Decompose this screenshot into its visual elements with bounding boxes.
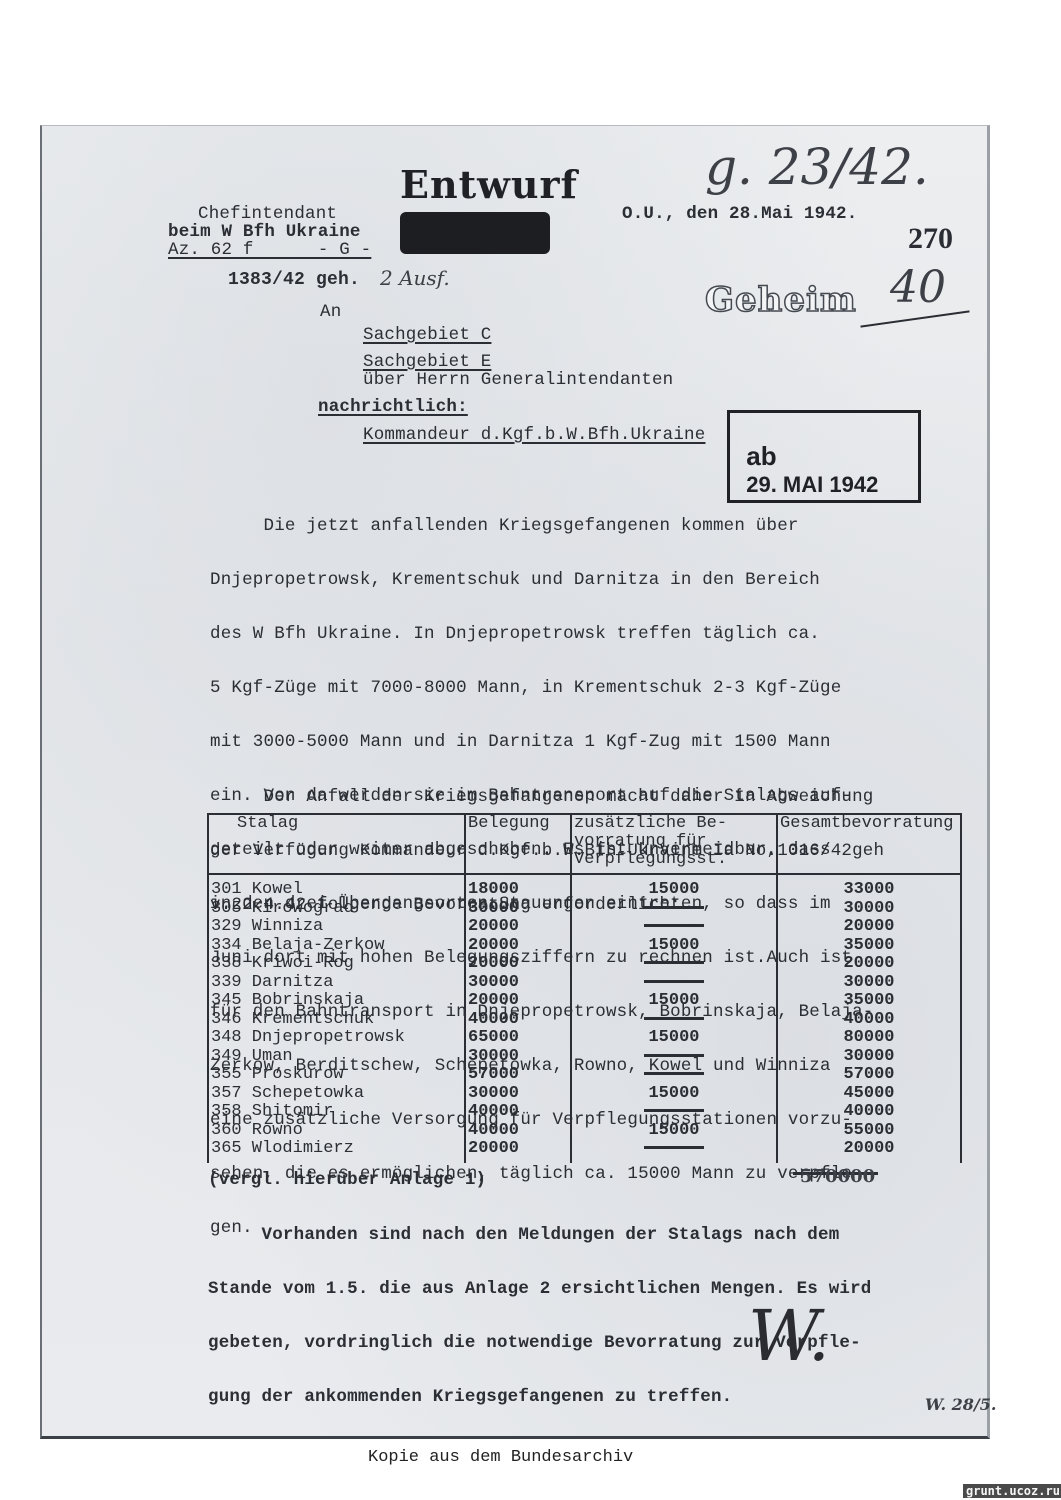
cell-zusaetzlich (571, 918, 777, 937)
cell-gesamt: 30000 (777, 1048, 961, 1067)
table-row: 329 Winniza2000020000 (208, 918, 961, 937)
handwritten-total: 570000 (800, 1166, 875, 1187)
cell-zusaetzlich (571, 1103, 777, 1122)
cell-belegung: 40000 (465, 1103, 571, 1122)
reference-number: 1383/42 geh. (228, 270, 360, 290)
cell-belegung: 20000 (465, 1140, 571, 1163)
cell-belegung: 30000 (465, 900, 571, 919)
cell-stalag: 349 Uman (208, 1048, 465, 1067)
none-dash (644, 1072, 704, 1075)
cell-belegung: 30000 (465, 1048, 571, 1067)
cell-belegung: 30000 (465, 1085, 571, 1104)
cell-zusaetzlich (571, 1011, 777, 1030)
cell-gesamt: 33000 (777, 874, 961, 900)
p2-line: Der Anfall der Kriegsgefangenen macht da… (210, 788, 884, 806)
cell-gesamt: 45000 (777, 1085, 961, 1104)
cell-gesamt: 30000 (777, 974, 961, 993)
p1-line: des W Bfh Ukraine. In Dnjepropetrowsk tr… (210, 625, 874, 643)
handwritten-40: 40 (890, 262, 946, 313)
cell-belegung: 18000 (465, 874, 571, 900)
p1-line: Dnjepropetrowsk, Krementschuk und Darnit… (210, 571, 874, 589)
site-watermark: grunt.ucoz.ru (963, 1484, 1061, 1498)
cell-stalag: 301 Kowel (208, 874, 465, 900)
table-row: 360 Rowno400001500055000 (208, 1122, 961, 1141)
cell-stalag: 346 Krementschuk (208, 1011, 465, 1030)
sender-file-ref: Az. 62 f - G - (168, 240, 371, 260)
cell-belegung: 20000 (465, 918, 571, 937)
sender-line-2: beim W Bfh Ukraine (168, 222, 361, 242)
cell-belegung: 57000 (465, 1066, 571, 1085)
cell-zusaetzlich: 15000 (571, 874, 777, 900)
archive-caption: Kopie aus dem Bundesarchiv (368, 1448, 633, 1467)
addressee-to: An (320, 302, 341, 322)
cell-belegung: 65000 (465, 1029, 571, 1048)
cell-stalag: 360 Rowno (208, 1122, 465, 1141)
table-row: 305 Kirowograd3000030000 (208, 900, 961, 919)
dispatch-prefix: ab (746, 441, 776, 471)
none-dash (644, 924, 704, 927)
cell-belegung: 20000 (465, 937, 571, 956)
cell-gesamt: 40000 (777, 1011, 961, 1030)
cell-gesamt: 20000 (777, 1140, 961, 1163)
cell-zusaetzlich: 15000 (571, 1085, 777, 1104)
cell-stalag: 348 Dnjepropetrowsk (208, 1029, 465, 1048)
table-row: 339 Darnitza3000030000 (208, 974, 961, 993)
none-dash (644, 1146, 704, 1149)
draft-stamp: Entwurf (400, 162, 578, 207)
cell-gesamt: 20000 (777, 955, 961, 974)
cell-stalag: 357 Schepetowka (208, 1085, 465, 1104)
cc-label: nachrichtlich: (318, 397, 468, 417)
cell-stalag: 365 Wlodimierz (208, 1140, 465, 1163)
place-date: O.U., den 28.Mai 1942. (622, 204, 857, 224)
table-row: 357 Schepetowka300001500045000 (208, 1085, 961, 1104)
table-row: 365 Wlodimierz2000020000 (208, 1140, 961, 1163)
cell-zusaetzlich: 15000 (571, 1029, 777, 1048)
p3-line: Vorhanden sind nach den Meldungen der St… (208, 1226, 872, 1244)
cell-stalag: 329 Winniza (208, 918, 465, 937)
cell-zusaetzlich: 15000 (571, 937, 777, 956)
table-row: 349 Uman3000030000 (208, 1048, 961, 1067)
redacted-stamp (400, 212, 550, 254)
table-row: 355 Proskurow5700057000 (208, 1066, 961, 1085)
p1-line: mit 3000-5000 Mann und in Darnitza 1 Kgf… (210, 733, 874, 751)
cell-zusaetzlich (571, 900, 777, 919)
cell-stalag: 345 Bobrinskaja (208, 992, 465, 1011)
cell-gesamt: 30000 (777, 900, 961, 919)
signature: W. (748, 1295, 830, 1377)
secret-stamp: Geheim (705, 280, 857, 320)
none-dash (644, 1054, 704, 1057)
header-belegung: Belegung (465, 814, 571, 874)
cell-belegung: 20000 (465, 992, 571, 1011)
p1-line: 5 Kgf-Züge mit 7000-8000 Mann, in Kremen… (210, 679, 874, 697)
none-dash (644, 1109, 704, 1112)
table-row: 346 Krementschuk4000040000 (208, 1011, 961, 1030)
cell-gesamt: 57000 (777, 1066, 961, 1085)
cell-gesamt: 35000 (777, 937, 961, 956)
reference-handwritten: 2 Ausf. (380, 266, 450, 290)
none-dash (644, 1017, 704, 1020)
header-stalag: Stalag (208, 814, 465, 874)
cell-stalag: 358 Shitomir (208, 1103, 465, 1122)
cc-recipient: Kommandeur d.Kgf.b.W.Bfh.Ukraine (363, 425, 705, 445)
cell-zusaetzlich (571, 974, 777, 993)
cell-stalag: 339 Darnitza (208, 974, 465, 993)
cell-gesamt: 20000 (777, 918, 961, 937)
corner-initials: W. 28/5. (925, 1395, 996, 1414)
cell-stalag: 338 Kriwoi-Rog (208, 955, 465, 974)
table-row: 334 Belaja-Zerkow200001500035000 (208, 937, 961, 956)
table-header-row: Stalag Belegung zusätzliche Be- vorratun… (208, 814, 961, 874)
header-zusaetzlich: zusätzliche Be- vorratung für Verpflegun… (571, 814, 777, 874)
cell-gesamt: 80000 (777, 1029, 961, 1048)
cell-belegung: 30000 (465, 974, 571, 993)
none-dash (644, 961, 704, 964)
annex-note: (vergl. hierüber Anlage 1) (208, 1170, 486, 1190)
header-gesamt: Gesamtbevorratung (777, 814, 961, 874)
cell-zusaetzlich (571, 1048, 777, 1067)
cell-belegung: 40000 (465, 1011, 571, 1030)
cell-gesamt: 40000 (777, 1103, 961, 1122)
handwritten-file-number: g. 23/42. (705, 138, 929, 196)
cell-zusaetzlich (571, 955, 777, 974)
page-number: 270 (908, 222, 953, 256)
cell-belegung: 40000 (465, 1122, 571, 1141)
cell-belegung: 20000 (465, 955, 571, 974)
p1-line: Die jetzt anfallenden Kriegsgefangenen k… (210, 517, 874, 535)
table-body: 301 Kowel180001500033000305 Kirowograd30… (208, 874, 961, 1163)
sender-line-1: Chefintendant (198, 204, 337, 224)
p3-line: gung der ankommenden Kriegsgefangenen zu… (208, 1388, 872, 1406)
cell-stalag: 355 Proskurow (208, 1066, 465, 1085)
table-row: 345 Bobrinskaja200001500035000 (208, 992, 961, 1011)
table-row: 301 Kowel180001500033000 (208, 874, 961, 900)
recipient-c: Sachgebiet C (363, 325, 491, 345)
cell-gesamt: 35000 (777, 992, 961, 1011)
recipient-e: Sachgebiet E (363, 352, 491, 372)
cell-stalag: 334 Belaja-Zerkow (208, 937, 465, 956)
cell-stalag: 305 Kirowograd (208, 900, 465, 919)
table-row: 338 Kriwoi-Rog2000020000 (208, 955, 961, 974)
stalag-provision-table: Stalag Belegung zusätzliche Be- vorratun… (207, 813, 962, 1163)
table-row: 358 Shitomir4000040000 (208, 1103, 961, 1122)
none-dash (644, 980, 704, 983)
cell-gesamt: 55000 (777, 1122, 961, 1141)
cell-zusaetzlich (571, 1066, 777, 1085)
addressee-via: über Herrn Generalintendanten (363, 370, 673, 390)
none-dash (644, 906, 704, 909)
table-row: 348 Dnjepropetrowsk650001500080000 (208, 1029, 961, 1048)
cell-zusaetzlich (571, 1140, 777, 1163)
cell-zusaetzlich: 15000 (571, 992, 777, 1011)
cell-zusaetzlich: 15000 (571, 1122, 777, 1141)
